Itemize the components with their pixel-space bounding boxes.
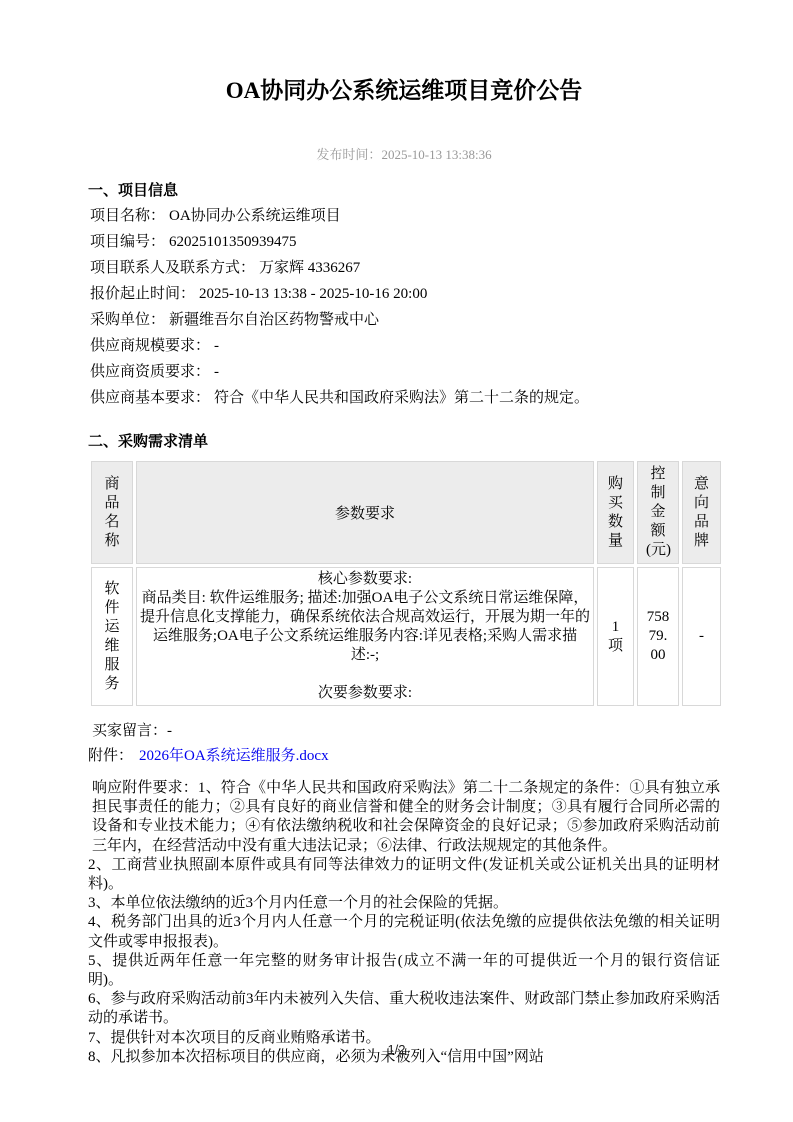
requirement-item: 2、工商营业执照副本原件或具有同等法律效力的证明文件(发证机关或公证机关出具的证…	[88, 856, 720, 894]
table-header-row: 商品名称 参数要求 购买数量 控制金额(元) 意向品牌	[91, 461, 721, 564]
cell-quantity: 1项	[597, 567, 634, 706]
core-params-body: 商品类目: 软件运维服务; 描述:加强OA电子公文系统日常运维保障，提升信息化支…	[139, 589, 591, 665]
field-value: OA协同办公系统运维项目	[169, 208, 341, 224]
field-value: -	[214, 364, 219, 380]
document-content: OA协同办公系统运维项目竞价公告 发布时间：2025-10-13 13:38:3…	[0, 76, 793, 1067]
project-fields: 项目名称：OA协同办公系统运维项目 项目编号：62025101350939475…	[88, 208, 720, 406]
document-page: OA协同办公系统运维项目竞价公告 发布时间：2025-10-13 13:38:3…	[0, 0, 793, 1122]
col-header-control-amount: 控制金额(元)	[637, 461, 679, 564]
field-label: 报价起止时间：	[90, 286, 195, 302]
requirement-item: 3、本单位依法缴纳的近3个月内任意一个月的社会保险的凭据。	[88, 894, 720, 913]
field-quote-period: 报价起止时间：2025-10-13 13:38 - 2025-10-16 20:…	[88, 286, 720, 302]
field-project-number: 项目编号：62025101350939475	[88, 234, 720, 250]
field-purchaser: 采购单位：新疆维吾尔自治区药物警戒中心	[88, 312, 720, 328]
field-label: 项目编号：	[90, 234, 165, 250]
field-value: 2025-10-13 13:38 - 2025-10-16 20:00	[199, 286, 427, 302]
field-label: 供应商资质要求：	[90, 364, 210, 380]
field-value: 万家辉 4336267	[259, 260, 360, 276]
section-heading-project-info: 一、项目信息	[88, 181, 720, 201]
buyer-message-value: -	[167, 723, 172, 739]
field-label: 供应商基本要求：	[90, 390, 210, 406]
col-header-quantity: 购买数量	[597, 461, 634, 564]
col-header-brand: 意向品牌	[682, 461, 721, 564]
field-label: 采购单位：	[90, 312, 165, 328]
requirement-item: 6、参与政府采购活动前3年内未被列入失信、重大税收违法案件、财政部门禁止参加政府…	[88, 990, 720, 1028]
field-supplier-scale: 供应商规模要求：-	[88, 338, 720, 354]
section-heading-demand-list: 二、采购需求清单	[88, 432, 720, 452]
col-header-product-name: 商品名称	[91, 461, 133, 564]
cell-brand: -	[682, 567, 721, 706]
field-label: 项目联系人及联系方式：	[90, 260, 255, 276]
secondary-params-title: 次要参数要求:	[139, 684, 591, 703]
core-params-title: 核心参数要求:	[139, 570, 591, 589]
field-supplier-basic: 供应商基本要求：符合《中华人民共和国政府采购法》第二十二条的规定。	[88, 390, 720, 406]
response-requirements: 响应附件要求：1、符合《中华人民共和国政府采购法》第二十二条规定的条件：①具有独…	[88, 779, 720, 1067]
cell-product-name: 软件运维服务	[91, 567, 133, 706]
buyer-message-label: 买家留言：	[92, 723, 167, 739]
field-value: 符合《中华人民共和国政府采购法》第二十二条的规定。	[214, 390, 589, 406]
publish-time-value: 2025-10-13 13:38:36	[381, 147, 491, 162]
buyer-message-line: 买家留言：-	[88, 723, 720, 739]
page-number: 1/2	[0, 1042, 793, 1057]
requirements-intro: 响应附件要求：1、符合《中华人民共和国政府采购法》第二十二条规定的条件：①具有独…	[88, 779, 720, 856]
field-value: -	[214, 338, 219, 354]
cell-parameters: 核心参数要求: 商品类目: 软件运维服务; 描述:加强OA电子公文系统日常运维保…	[136, 567, 594, 706]
col-header-parameters: 参数要求	[136, 461, 594, 564]
field-label: 供应商规模要求：	[90, 338, 210, 354]
procurement-table: 商品名称 参数要求 购买数量 控制金额(元) 意向品牌 软件运维服务 核心参数要…	[88, 458, 724, 709]
attachment-line: 附件：2026年OA系统运维服务.docx	[88, 748, 720, 764]
field-project-name: 项目名称：OA协同办公系统运维项目	[88, 208, 720, 224]
publish-time-line: 发布时间：2025-10-13 13:38:36	[88, 146, 720, 164]
field-value: 62025101350939475	[169, 234, 297, 250]
attachment-label: 附件：	[88, 748, 133, 764]
publish-time-label: 发布时间：	[316, 147, 381, 162]
page-title: OA协同办公系统运维项目竞价公告	[88, 76, 720, 106]
requirement-item: 5、提供近两年任意一年完整的财务审计报告(成立不满一年的可提供近一个月的银行资信…	[88, 952, 720, 990]
field-project-contact: 项目联系人及联系方式：万家辉 4336267	[88, 260, 720, 276]
table-row: 软件运维服务 核心参数要求: 商品类目: 软件运维服务; 描述:加强OA电子公文…	[91, 567, 721, 706]
field-label: 项目名称：	[90, 208, 165, 224]
requirement-item: 4、税务部门出具的近3个月内人任意一个月的完税证明(依法免缴的应提供依法免缴的相…	[88, 913, 720, 951]
field-value: 新疆维吾尔自治区药物警戒中心	[169, 312, 379, 328]
field-supplier-qualification: 供应商资质要求：-	[88, 364, 720, 380]
cell-control-amount: 75879.00	[637, 567, 679, 706]
params-spacer	[139, 665, 591, 684]
attachment-link[interactable]: 2026年OA系统运维服务.docx	[139, 748, 329, 764]
